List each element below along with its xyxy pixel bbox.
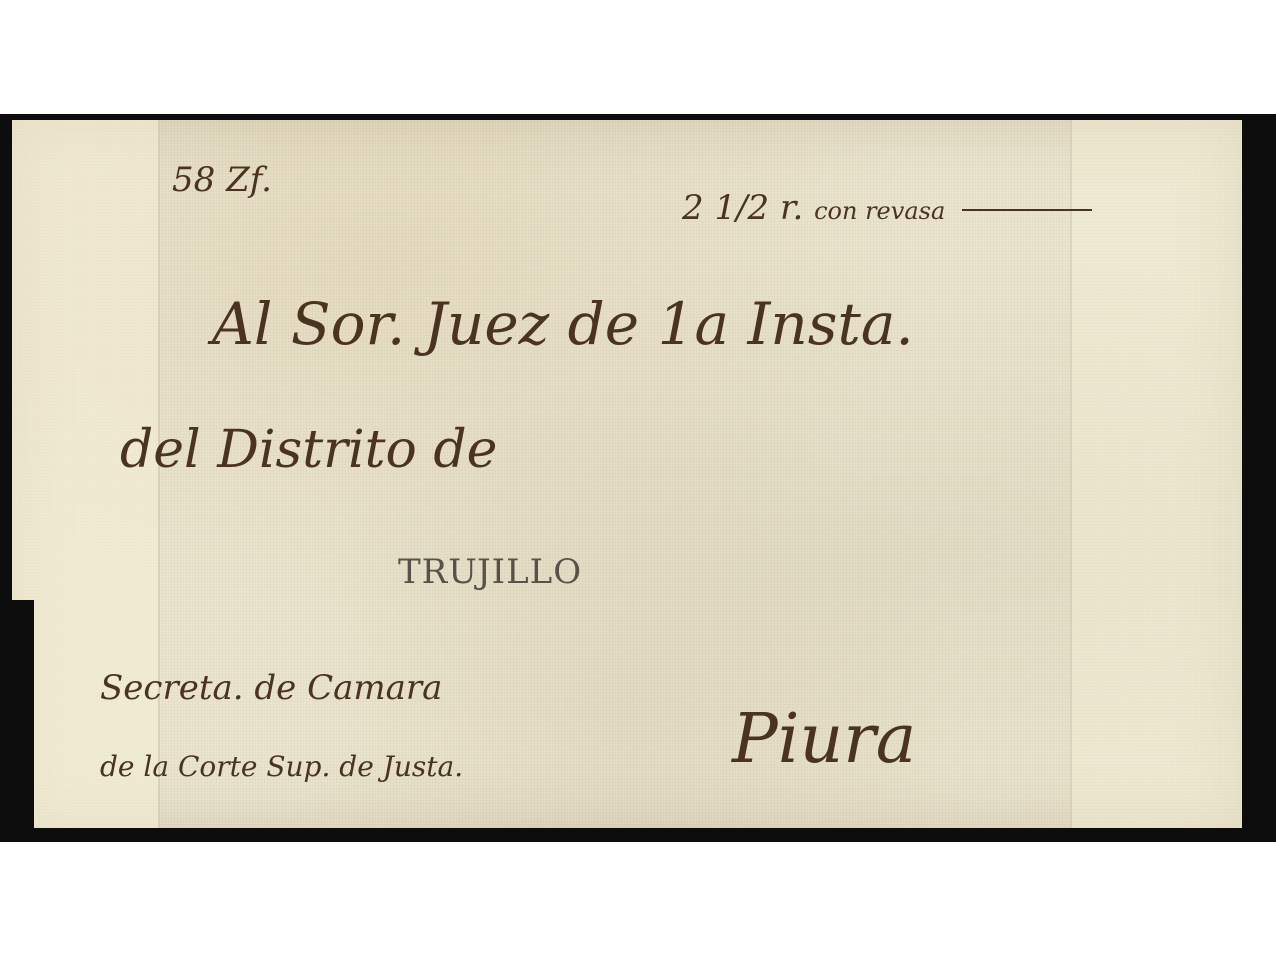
postage-rate: 2 1/2 r. con revasa bbox=[682, 188, 1092, 228]
reference-number: 58 Zf. bbox=[172, 160, 272, 200]
address-line-1: Al Sor. Juez de 1a Insta. bbox=[212, 290, 914, 358]
rate-note: con revasa bbox=[814, 197, 945, 225]
sender-line-1: Secreta. de Camara bbox=[100, 668, 442, 708]
flourish-line bbox=[962, 209, 1092, 211]
torn-edge bbox=[12, 600, 34, 830]
address-line-2: del Distrito de bbox=[120, 420, 497, 480]
postmark-stamp: TRUJILLO bbox=[398, 552, 582, 592]
rate-value: 2 1/2 r. bbox=[682, 188, 803, 228]
letter-cover: 58 Zf. 2 1/2 r. con revasa Al Sor. Juez … bbox=[12, 120, 1242, 828]
destination-city: Piura bbox=[732, 700, 916, 779]
right-fold-flap bbox=[1070, 120, 1242, 828]
sender-line-2: de la Corte Sup. de Justa. bbox=[100, 750, 463, 783]
